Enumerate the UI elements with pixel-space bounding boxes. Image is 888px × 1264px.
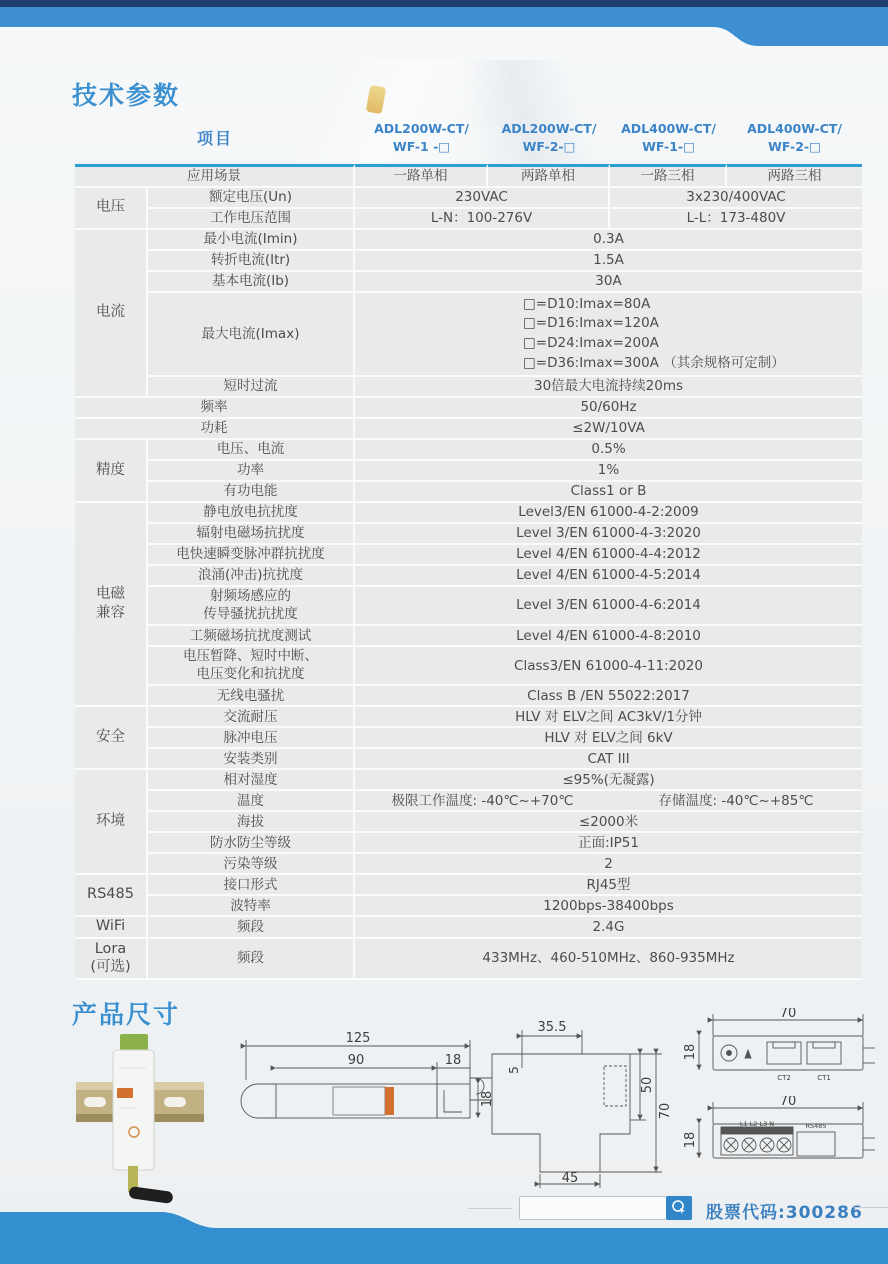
- label-stripe: [385, 1087, 394, 1115]
- banner-navy-strip: [0, 0, 888, 7]
- table-row: 安全 交流耐压 HLV 对 ELV之间 AC3kV/1分钟: [75, 707, 862, 728]
- dim-label: 35.5: [538, 1020, 567, 1035]
- cell-value: 两路三相: [727, 164, 862, 188]
- table-row: 短时过流 30倍最大电流持续20ms: [75, 377, 862, 398]
- table-row: 电压暂降、短时中断、电压变化和抗扰度 Class3/EN 61000-4-11:…: [75, 647, 862, 686]
- cell-value: CAT III: [355, 749, 862, 770]
- row-label: 污染等级: [148, 854, 355, 875]
- cell-value: Level 4/EN 61000-4-4:2012: [355, 545, 862, 566]
- row-label: 基本电流(Ib): [148, 272, 355, 293]
- column-header-model-2: ADL200W-CT/WF-2-□: [488, 116, 610, 164]
- category-line: (可选): [79, 958, 142, 977]
- cell-value: 0.3A: [355, 230, 862, 251]
- orange-label: [117, 1088, 133, 1098]
- table-row: 浪涌(冲击)抗扰度 Level 4/EN 61000-4-5:2014: [75, 566, 862, 587]
- model-name: ADL200W-CT/: [357, 120, 486, 138]
- table-row: 射频场感应的传导骚扰抗扰度 Level 3/EN 61000-4-6:2014: [75, 587, 862, 626]
- table-row: 电磁兼容 静电放电抗扰度 Level3/EN 61000-4-2:2009: [75, 503, 862, 524]
- table-row: 环境 相对湿度 ≤95%(无凝露): [75, 770, 862, 791]
- dim-label: 5: [507, 1066, 521, 1074]
- imax-option: □=D36:Imax=300A （其余规格可定制）: [523, 354, 858, 374]
- cell-value: Class3/EN 61000-4-11:2020: [355, 647, 862, 686]
- product-photo: [76, 1028, 218, 1206]
- table-row: 安装类别 CAT III: [75, 749, 862, 770]
- cell-value: ≤2W/10VA: [355, 419, 862, 440]
- table-row: 有功电能 Class1 or B: [75, 482, 862, 503]
- cell-value: L-L：173-480V: [610, 209, 862, 230]
- table-row: 基本电流(Ib) 30A: [75, 272, 862, 293]
- cell-value: 1200bps-38400bps: [355, 896, 862, 917]
- category-line: 兼容: [79, 604, 142, 623]
- port-label: RS485: [805, 1122, 826, 1130]
- model-suffix: WF-1-□: [612, 138, 725, 156]
- cell-value: Class B /EN 55022:2017: [355, 686, 862, 707]
- row-label: 电压、电流: [148, 440, 355, 461]
- drawing-face-terminals: 70 18 L1 L2 L3 N RS485: [683, 1096, 883, 1184]
- table-row: 转折电流(Itr) 1.5A: [75, 251, 862, 272]
- column-header-model-4: ADL400W-CT/WF-2-□: [727, 116, 862, 164]
- imax-option: □=D10:Imax=80A: [523, 295, 858, 315]
- category-line: 电磁: [79, 585, 142, 604]
- category-accuracy: 精度: [75, 440, 148, 503]
- table-row: Lora(可选) 频段 433MHz、460-510MHz、860-935MHz: [75, 939, 862, 981]
- cell-value: L-N：100-276V: [355, 209, 610, 230]
- cell-value: 存储温度: -40℃~+85℃: [610, 791, 862, 812]
- cell-value: 30A: [355, 272, 862, 293]
- table-row: RS485 接口形式 RJ45型: [75, 875, 862, 896]
- table-row: 辐射电磁场抗扰度 Level 3/EN 61000-4-3:2020: [75, 524, 862, 545]
- cell-value: 1%: [355, 461, 862, 482]
- table-row: 温度 极限工作温度: -40℃~+70℃ 存储温度: -40℃~+85℃: [75, 791, 862, 812]
- row-label: 应用场景: [75, 164, 355, 188]
- model-suffix: WF-2-□: [729, 138, 860, 156]
- imax-option: □=D16:Imax=120A: [523, 314, 858, 334]
- category-voltage: 电压: [75, 188, 148, 230]
- cell-value: 2.4G: [355, 917, 862, 938]
- row-label: 电快速瞬变脉冲群抗扰度: [148, 545, 355, 566]
- row-label: 浪涌(冲击)抗扰度: [148, 566, 355, 587]
- table-row: 功耗 ≤2W/10VA: [75, 419, 862, 440]
- row-label: 无线电骚扰: [148, 686, 355, 707]
- row-label: 接口形式: [148, 875, 355, 896]
- footer-blue-band: [0, 1212, 888, 1264]
- table-row: 脉冲电压 HLV 对 ELV之间 6kV: [75, 728, 862, 749]
- model-suffix: WF-1 -□: [357, 138, 486, 156]
- table-row: 精度 电压、电流 0.5%: [75, 440, 862, 461]
- table-row: 防水防尘等级 正面:IP51: [75, 833, 862, 854]
- drawing-top-view: 125 90 18 18: [238, 1032, 494, 1167]
- drawing-side-view: 35.5 5 50 70 45: [462, 1012, 692, 1192]
- terminal-labels: L1 L2 L3 N: [740, 1120, 774, 1128]
- top-banner: [0, 0, 888, 46]
- row-label: 最小电流(Imin): [148, 230, 355, 251]
- model-name: ADL400W-CT/: [729, 120, 860, 138]
- cell-value: Level 3/EN 61000-4-3:2020: [355, 524, 862, 545]
- cell-value: Level3/EN 61000-4-2:2009: [355, 503, 862, 524]
- category-wifi: WiFi: [75, 917, 148, 938]
- dim-label: 90: [348, 1053, 365, 1068]
- footer-divider: [468, 1208, 512, 1209]
- model-suffix: WF-2-□: [490, 138, 608, 156]
- row-label: 频段: [148, 917, 355, 938]
- cell-value: 3x230/400VAC: [610, 188, 862, 209]
- cell-value: Level 3/EN 61000-4-6:2014: [355, 587, 862, 626]
- category-emc: 电磁兼容: [75, 503, 148, 707]
- row-label: 电压暂降、短时中断、电压变化和抗扰度: [148, 647, 355, 686]
- table-row: 无线电骚扰 Class B /EN 55022:2017: [75, 686, 862, 707]
- category-lora: Lora(可选): [75, 939, 148, 981]
- model-name: ADL200W-CT/: [490, 120, 608, 138]
- row-label: 最大电流(Imax): [148, 293, 355, 377]
- table-row: 电流 最小电流(Imin) 0.3A: [75, 230, 862, 251]
- label-line: 射频场感应的: [152, 588, 349, 606]
- capacitor-photo-watermark: [366, 85, 386, 114]
- row-label: 交流耐压: [148, 707, 355, 728]
- dim-label: 70: [780, 1008, 797, 1021]
- spec-table: 项目 ADL200W-CT/WF-1 -□ ADL200W-CT/WF-2-□ …: [75, 116, 862, 980]
- table-row: 污染等级 2: [75, 854, 862, 875]
- row-label: 射频场感应的传导骚扰抗扰度: [148, 587, 355, 626]
- table-row: 海拔 ≤2000米: [75, 812, 862, 833]
- cell-value: 230VAC: [355, 188, 610, 209]
- cell-value: 50/60Hz: [355, 398, 862, 419]
- row-label: 频段: [148, 939, 355, 981]
- category-current: 电流: [75, 230, 148, 398]
- table-row: 工作电压范围 L-N：100-276V L-L：173-480V: [75, 209, 862, 230]
- table-row: 电压 额定电压(Un) 230VAC 3x230/400VAC: [75, 188, 862, 209]
- column-header-model-3: ADL400W-CT/WF-1-□: [610, 116, 727, 164]
- row-label: 脉冲电压: [148, 728, 355, 749]
- cell-value: 433MHz、460-510MHz、860-935MHz: [355, 939, 862, 981]
- table-row: 电快速瞬变脉冲群抗扰度 Level 4/EN 61000-4-4:2012: [75, 545, 862, 566]
- row-label: 工作电压范围: [148, 209, 355, 230]
- cell-value: 一路单相: [355, 164, 488, 188]
- column-header-item: 项目: [75, 116, 355, 164]
- row-label: 功耗: [75, 419, 355, 440]
- row-label: 静电放电抗扰度: [148, 503, 355, 524]
- port-label: CT1: [817, 1074, 831, 1082]
- cell-value: Class1 or B: [355, 482, 862, 503]
- category-safety: 安全: [75, 707, 148, 770]
- drawing-face-ct: 70 18 CT2 CT1: [683, 1008, 883, 1096]
- category-line: Lora: [79, 940, 142, 959]
- row-label: 辐射电磁场抗扰度: [148, 524, 355, 545]
- row-label: 短时过流: [148, 377, 355, 398]
- dim-label: 70: [658, 1103, 673, 1120]
- imax-option: □=D24:Imax=200A: [523, 334, 858, 354]
- column-header-model-1: ADL200W-CT/WF-1 -□: [355, 116, 488, 164]
- cell-value: 两路单相: [488, 164, 610, 188]
- table-row: 工频磁场抗扰度测试 Level 4/EN 61000-4-8:2010: [75, 626, 862, 647]
- row-label: 工频磁场抗扰度测试: [148, 626, 355, 647]
- cell-value: 一路三相: [610, 164, 727, 188]
- page-title: 技术参数: [72, 76, 180, 112]
- table-row: 功率 1%: [75, 461, 862, 482]
- table-header-row: 项目 ADL200W-CT/WF-1 -□ ADL200W-CT/WF-2-□ …: [75, 116, 862, 164]
- cell-value: HLV 对 ELV之间 AC3kV/1分钟: [355, 707, 862, 728]
- category-environment: 环境: [75, 770, 148, 875]
- dim-label: 125: [346, 1032, 371, 1046]
- cell-value: Level 4/EN 61000-4-5:2014: [355, 566, 862, 587]
- table-row: WiFi 频段 2.4G: [75, 917, 862, 938]
- label-line: 电压暂降、短时中断、: [152, 648, 349, 666]
- cell-value: ≤95%(无凝露): [355, 770, 862, 791]
- cell-value: □=D10:Imax=80A □=D16:Imax=120A □=D24:Ima…: [355, 293, 862, 377]
- row-label: 波特率: [148, 896, 355, 917]
- dim-label: 70: [780, 1096, 797, 1109]
- cell-value: 极限工作温度: -40℃~+70℃: [355, 791, 610, 812]
- footer-divider: [854, 1207, 888, 1208]
- dim-label: 50: [640, 1077, 655, 1094]
- row-label: 功率: [148, 461, 355, 482]
- banner-blue-band: [0, 7, 888, 46]
- model-name: ADL400W-CT/: [612, 120, 725, 138]
- table-row: 最大电流(Imax) □=D10:Imax=80A □=D16:Imax=120…: [75, 293, 862, 377]
- cell-value: RJ45型: [355, 875, 862, 896]
- row-label: 额定电压(Un): [148, 188, 355, 209]
- dim-label: 18: [445, 1053, 462, 1068]
- cell-value: 正面:IP51: [355, 833, 862, 854]
- dim-label: 18: [683, 1132, 698, 1149]
- label-line: 电压变化和抗扰度: [152, 666, 349, 684]
- category-rs485: RS485: [75, 875, 148, 917]
- cell-value: 30倍最大电流持续20ms: [355, 377, 862, 398]
- cell-value: Level 4/EN 61000-4-8:2010: [355, 626, 862, 647]
- row-label: 海拔: [148, 812, 355, 833]
- cell-value: HLV 对 ELV之间 6kV: [355, 728, 862, 749]
- cell-value: 2: [355, 854, 862, 875]
- table-row: 波特率 1200bps-38400bps: [75, 896, 862, 917]
- label-line: 传导骚扰抗扰度: [152, 606, 349, 624]
- dim-label: 18: [683, 1044, 698, 1061]
- dim-label: 45: [562, 1171, 579, 1186]
- section-title-dimensions: 产品尺寸: [72, 995, 180, 1031]
- table-row: 应用场景 一路单相 两路单相 一路三相 两路三相: [75, 164, 862, 188]
- cell-value: ≤2000米: [355, 812, 862, 833]
- antenna: [128, 1186, 173, 1204]
- cell-value: 0.5%: [355, 440, 862, 461]
- table-row: 频率 50/60Hz: [75, 398, 862, 419]
- row-label: 相对湿度: [148, 770, 355, 791]
- cell-value: 1.5A: [355, 251, 862, 272]
- row-label: 防水防尘等级: [148, 833, 355, 854]
- row-label: 温度: [148, 791, 355, 812]
- row-label: 转折电流(Itr): [148, 251, 355, 272]
- row-label: 有功电能: [148, 482, 355, 503]
- row-label: 安装类别: [148, 749, 355, 770]
- port-label: CT2: [777, 1074, 791, 1082]
- row-label: 频率: [75, 398, 355, 419]
